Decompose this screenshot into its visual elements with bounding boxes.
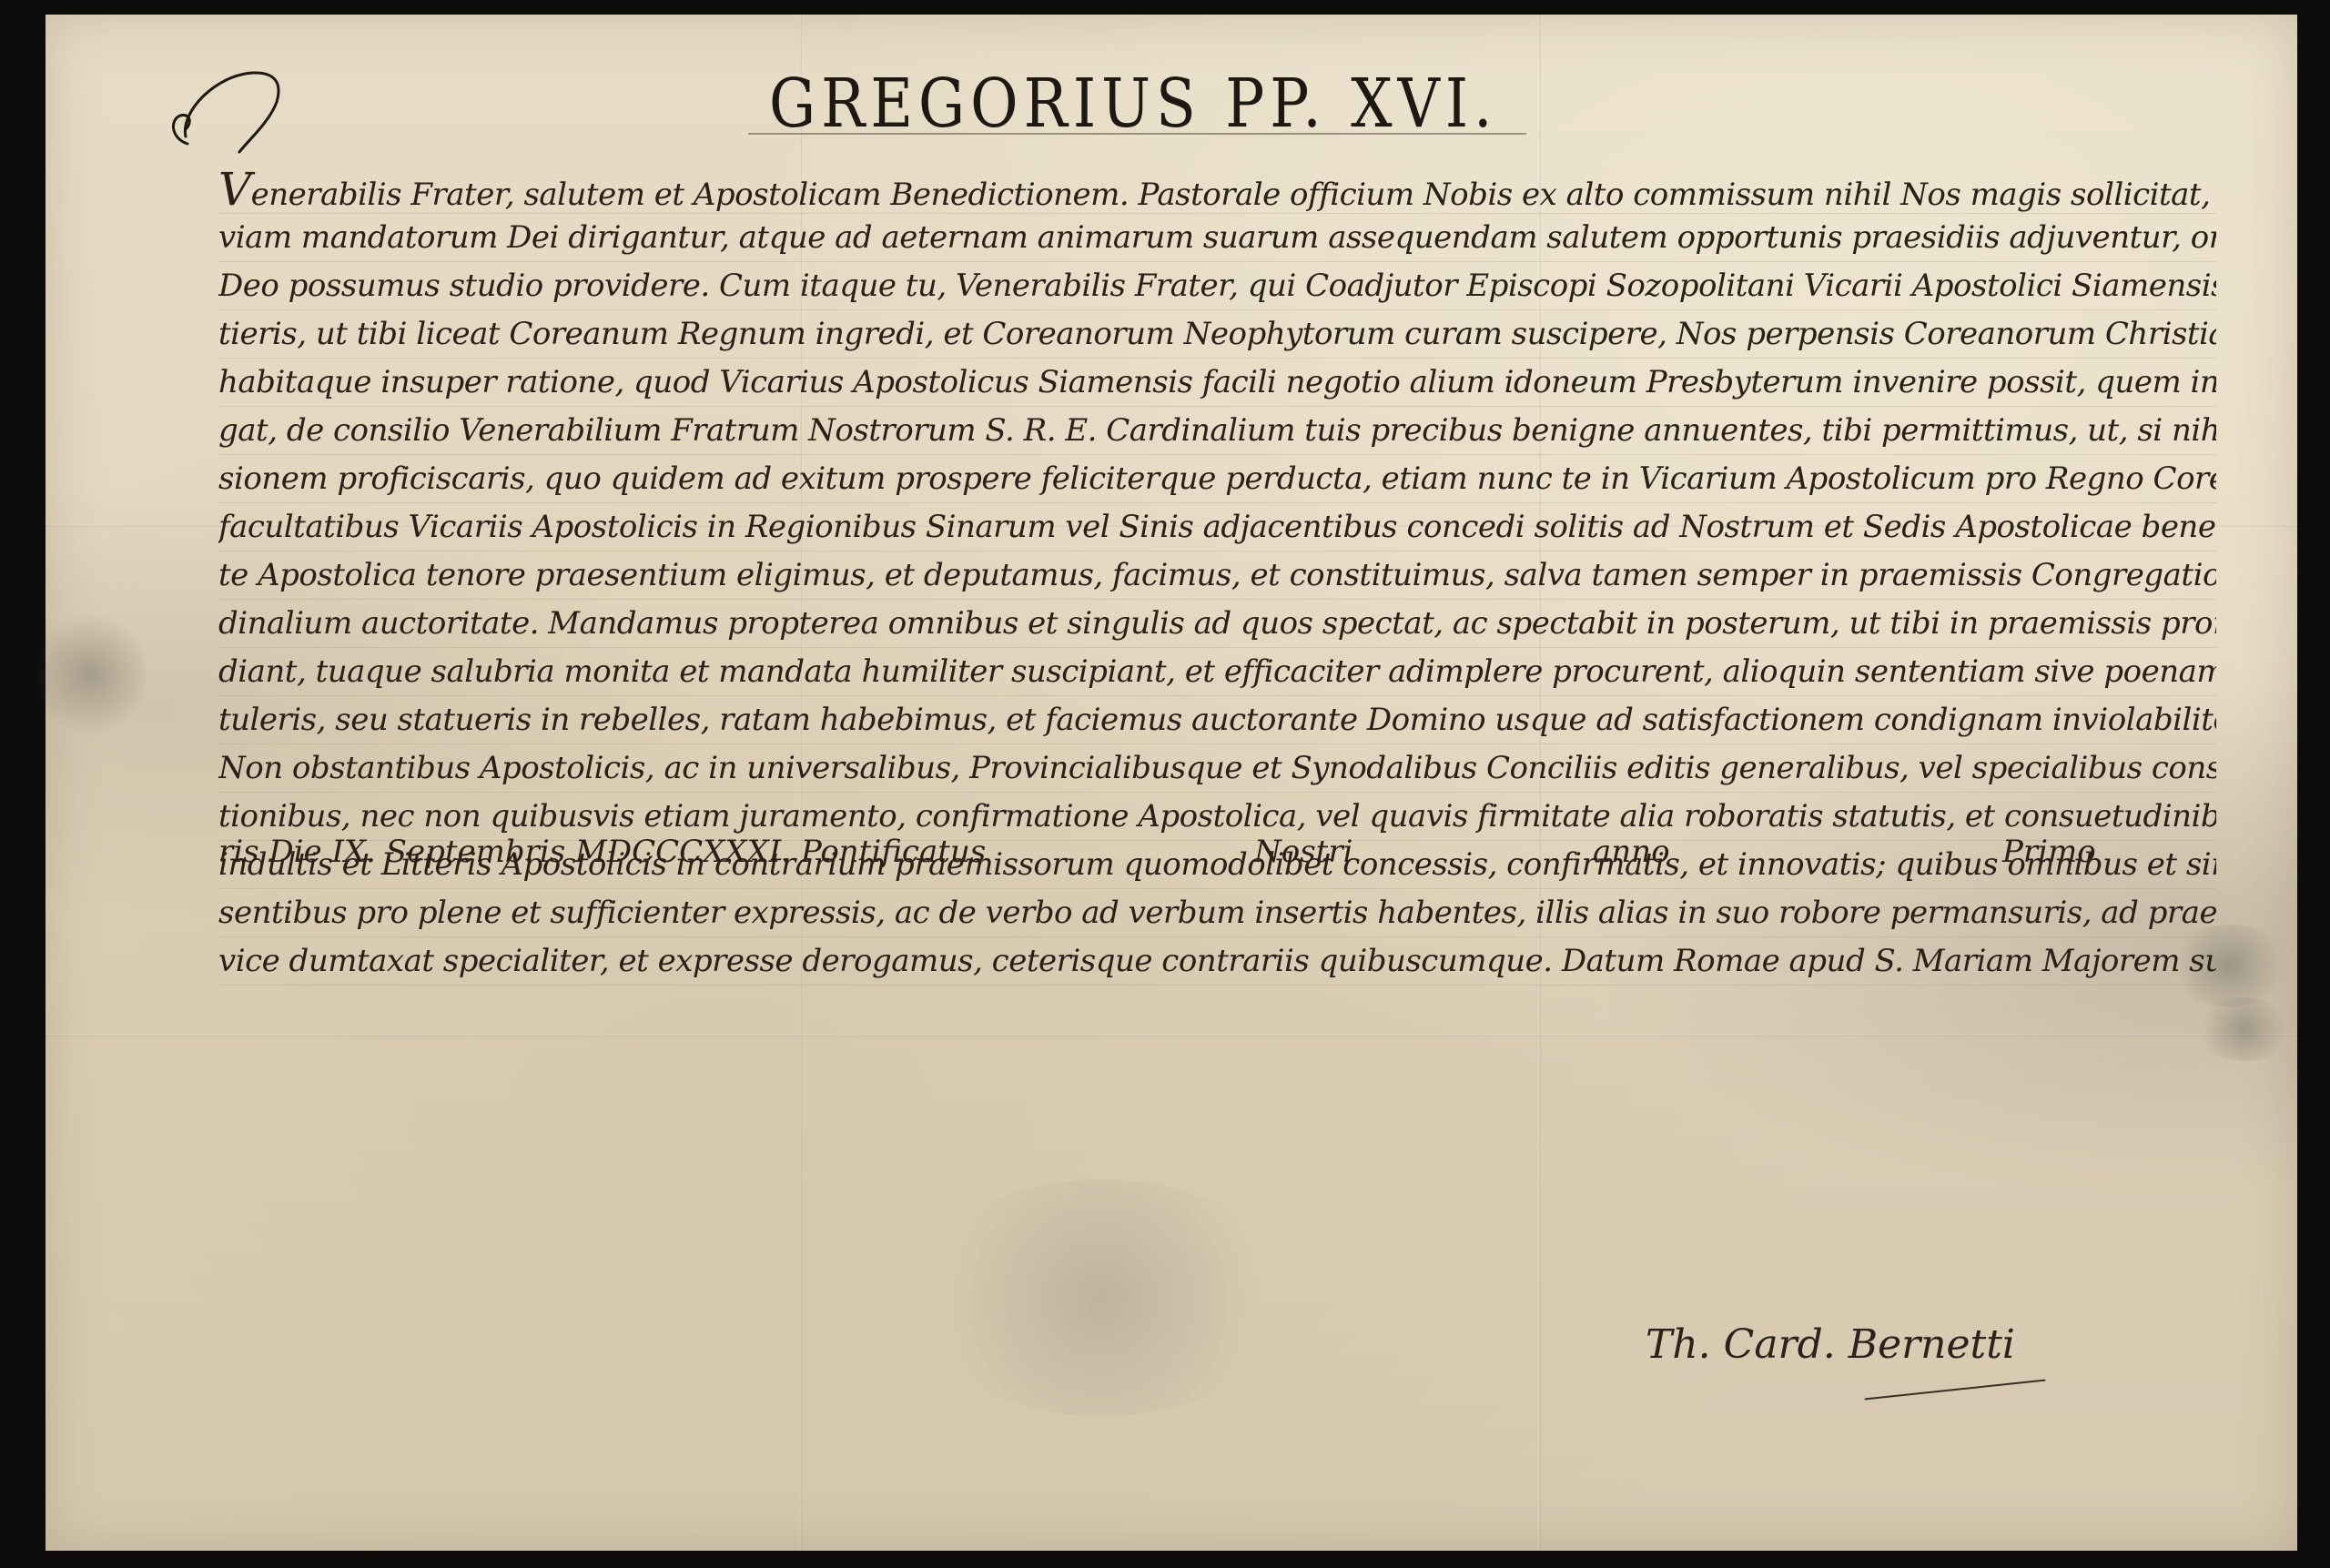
text-line: vice dumtaxat specialiter, et expresse d… [218,937,2216,986]
heading-underline [748,133,1526,135]
text-line: sionem proficiscaris, quo quidem ad exit… [218,455,2216,503]
text-line: tieris, ut tibi liceat Coreanum Regnum i… [218,310,2216,359]
text-line: te Apostolica tenore praesentium eligimu… [218,551,2216,600]
dating-clause: ris Die IX. Septembris MDCCCXXXI. Pontif… [218,828,2216,875]
text-line: tuleris, seu statueris in rebelles, rata… [218,696,2216,744]
page-title: GREGORIUS PP. XVI. [769,66,1525,143]
text-line: Non obstantibus Apostolicis, ac in unive… [218,744,2216,793]
text-line: Venerabilis Frater, salutem et Apostolic… [218,166,2216,214]
date-anno: anno [1593,828,1670,875]
text-line: viam mandatorum Dei dirigantur, atque ad… [218,214,2216,262]
date-nostri: Nostri [1254,828,1352,875]
text-line: Deo possumus studio providere. Cum itaqu… [218,262,2216,310]
ink-stain [2193,997,2294,1061]
initial-flourish-icon [162,56,289,157]
text-line: habitaque insuper ratione, quod Vicarius… [218,359,2216,407]
ink-stain [910,1179,1292,1416]
text-line: facultatibus Vicariis Apostolicis in Reg… [218,503,2216,551]
text-line: dinalium auctoritate. Mandamus propterea… [218,600,2216,648]
text-line: gat, de consilio Venerabilium Fratrum No… [218,407,2216,455]
ink-stain [36,606,146,743]
text-line: diant, tuaque salubria monita et mandata… [218,648,2216,696]
date-text: ris Die IX. Septembris MDCCCXXXI. Pontif… [218,828,986,875]
date-primo: Primo [2002,828,2096,875]
text-line: sentibus pro plene et sufficienter expre… [218,889,2216,937]
fold-line [46,1034,2297,1037]
cardinal-signature: Th. Card. Bernetti [1646,1321,2015,1368]
